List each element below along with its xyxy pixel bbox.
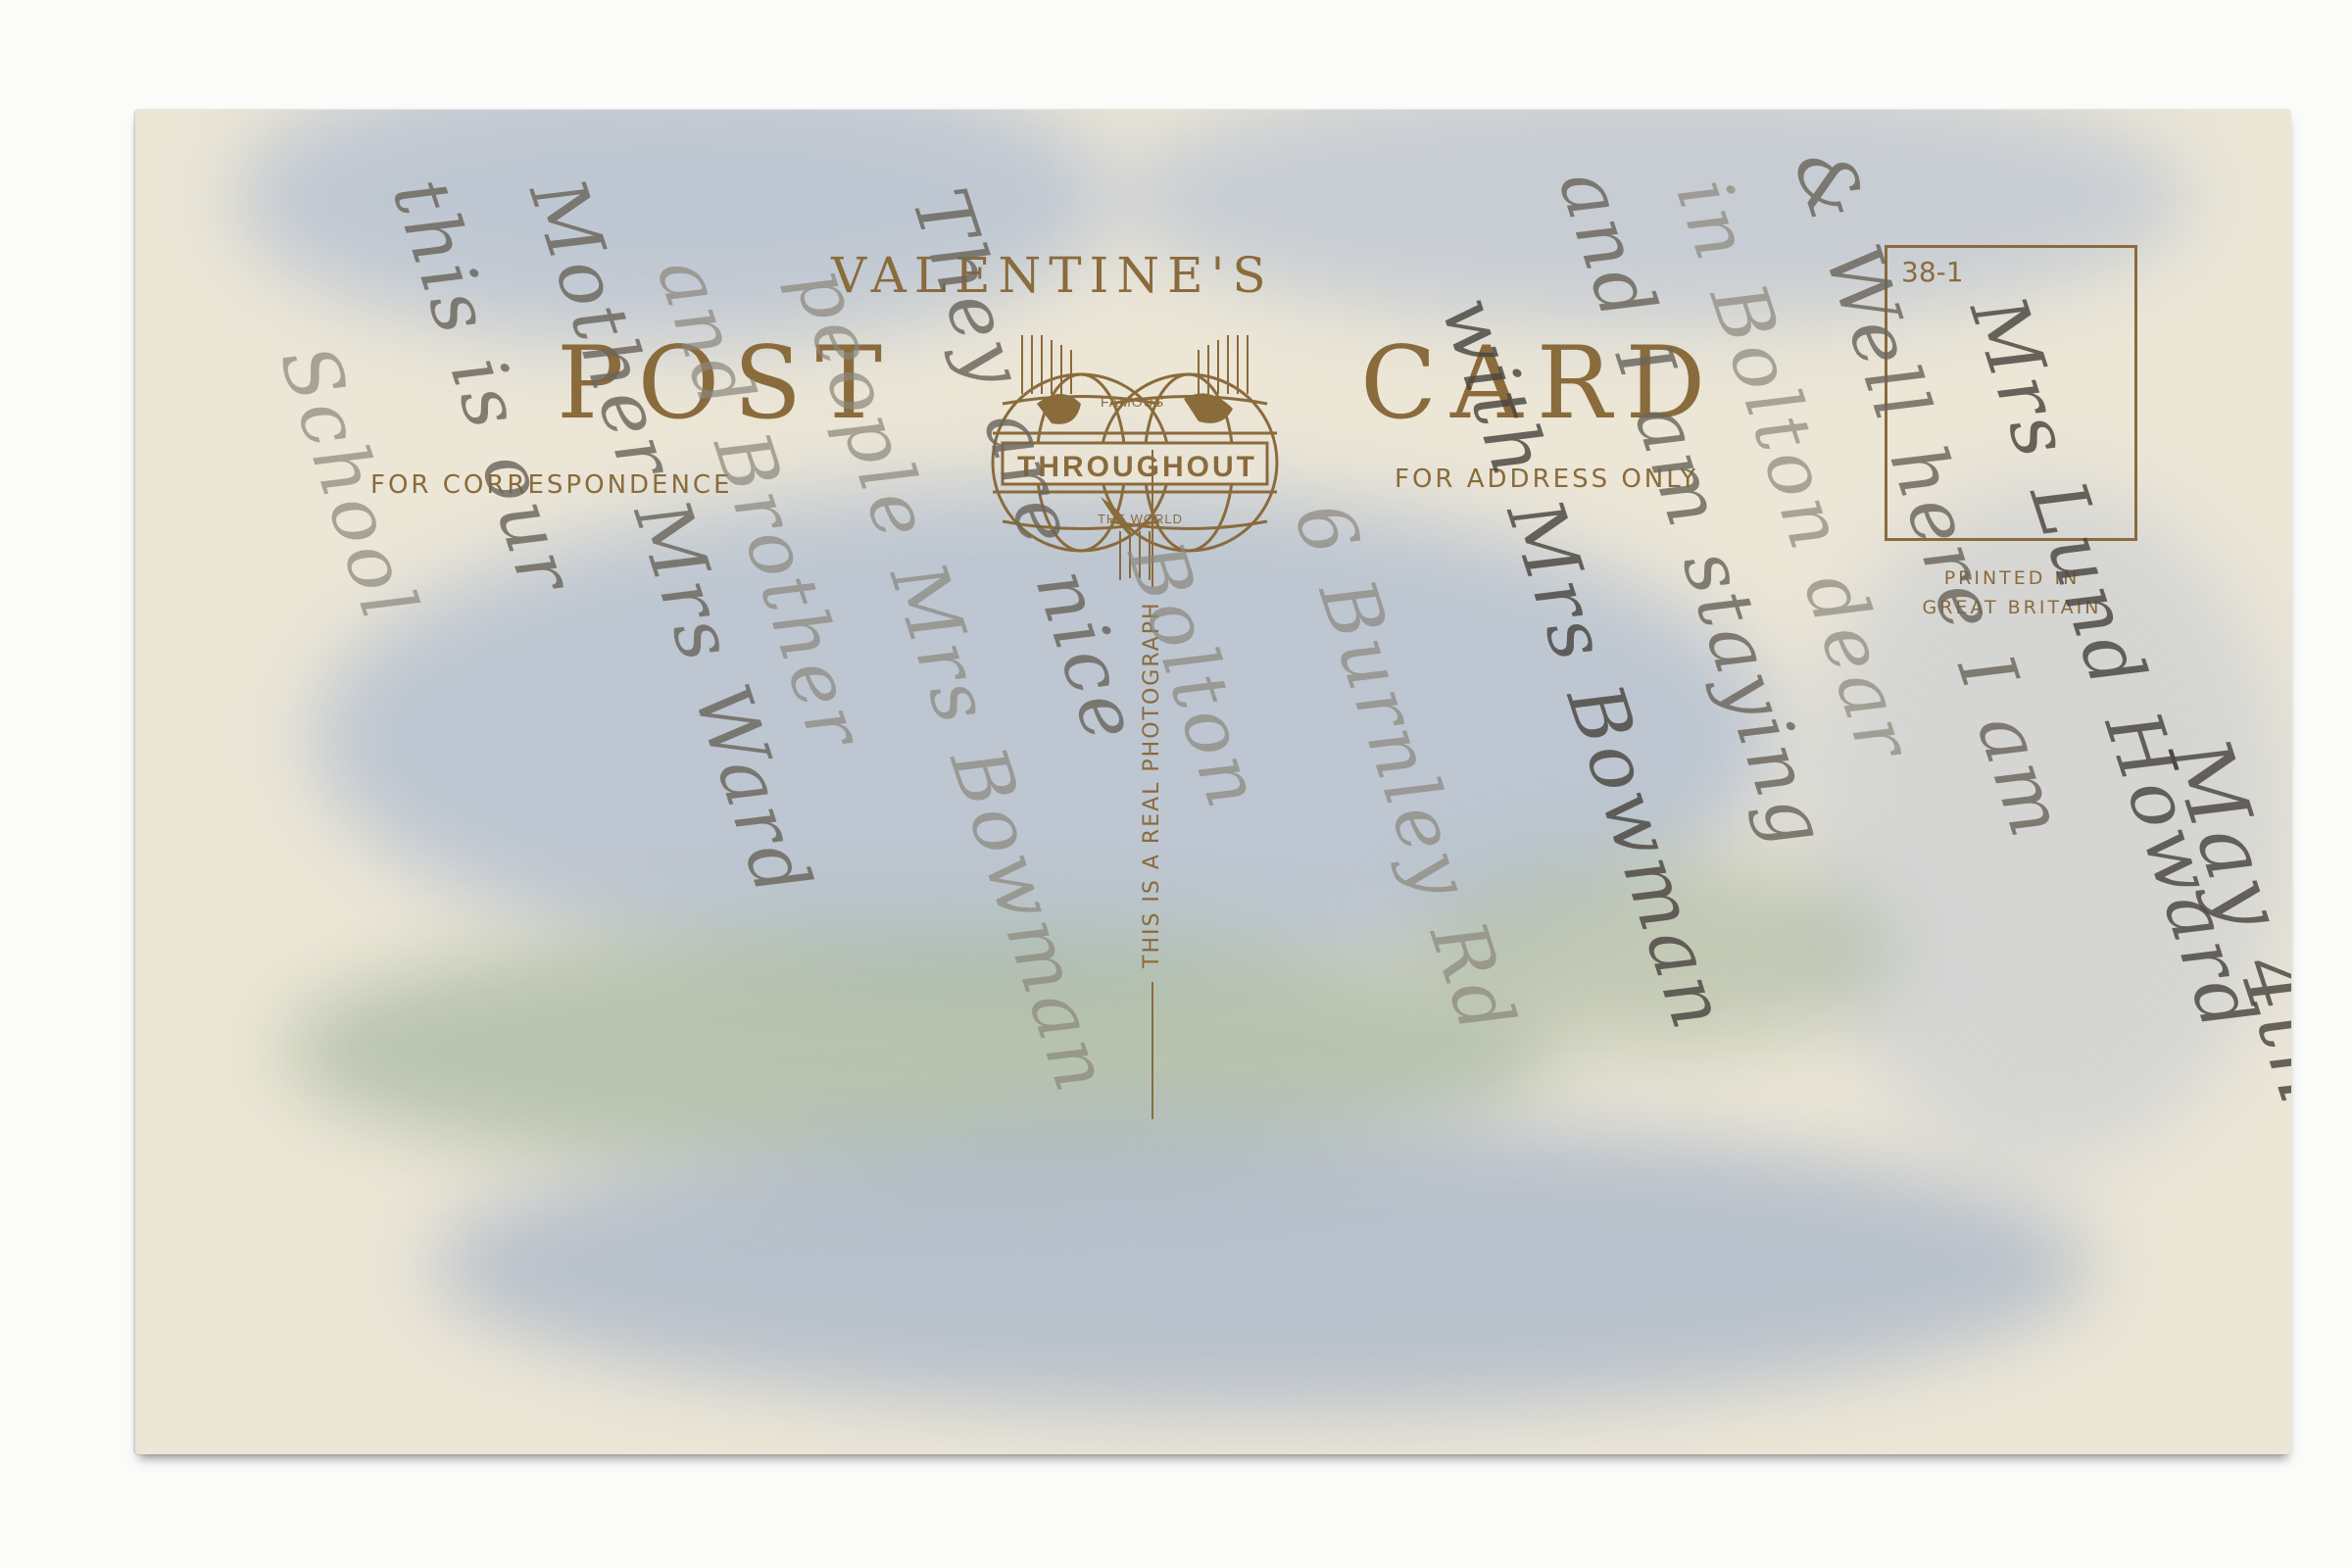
stamp-code: 38-1 [1901,256,1964,288]
divider-line [1151,982,1153,1119]
postcard: VALENTINE'S POST CARD FOR CORRESPONDENCE… [135,110,2291,1454]
logo-top-text: FAMOUS [1101,394,1164,410]
blue-wash [429,1119,2095,1413]
publisher-name: VALENTINE'S [831,247,1274,304]
